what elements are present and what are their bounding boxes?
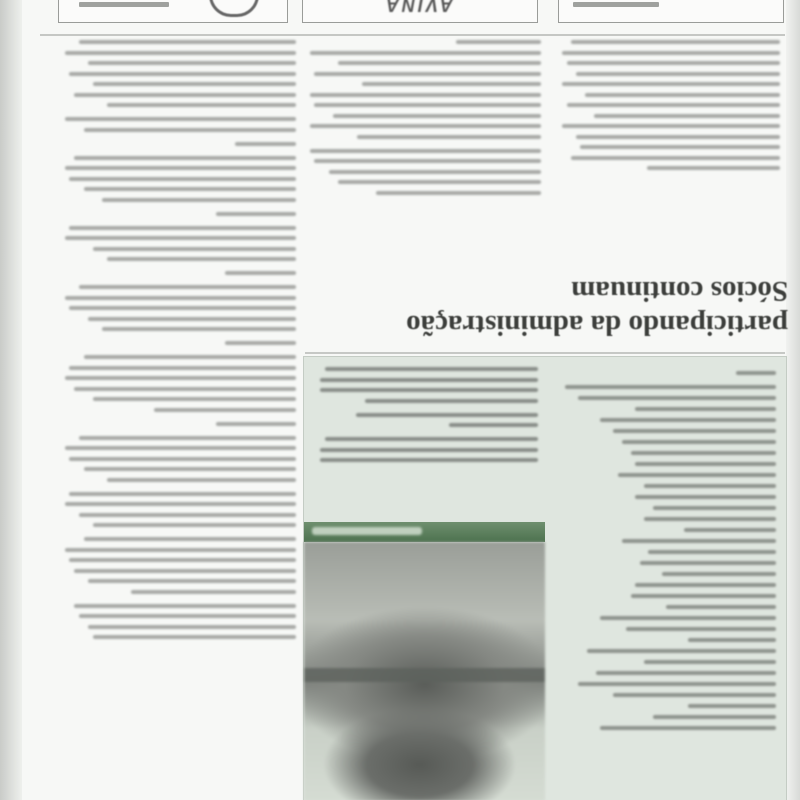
text-line	[688, 638, 776, 642]
text-line	[329, 170, 541, 174]
text-line	[635, 462, 776, 466]
text-line	[356, 413, 538, 417]
text-line	[107, 478, 296, 482]
text-paragraph	[305, 40, 541, 139]
text-line	[320, 388, 538, 392]
text-line	[84, 355, 296, 359]
text-paragraph	[316, 437, 538, 462]
text-line	[65, 296, 296, 300]
feature-sidebar-text	[556, 371, 776, 796]
text-line	[314, 159, 541, 163]
text-line	[88, 579, 296, 583]
text-paragraph	[556, 385, 776, 730]
text-line	[631, 594, 776, 598]
text-paragraph	[60, 355, 296, 412]
text-line	[79, 513, 296, 517]
logo-icon: AVINA	[333, 0, 503, 14]
text-line	[225, 341, 296, 345]
text-paragraph	[60, 436, 296, 482]
text-line	[320, 448, 538, 452]
page-right-edge	[786, 0, 800, 800]
text-line	[653, 506, 776, 510]
text-line	[622, 539, 776, 543]
text-line	[600, 418, 776, 422]
text-line	[65, 166, 296, 170]
text-line	[107, 103, 296, 107]
top-rule	[40, 34, 785, 36]
text-line	[648, 550, 776, 554]
text-line	[376, 191, 541, 195]
body-column-left	[60, 40, 296, 800]
text-line	[69, 177, 296, 181]
text-line	[102, 327, 296, 331]
text-line	[626, 627, 776, 631]
text-line	[666, 605, 776, 609]
text-line	[69, 558, 296, 562]
text-line	[65, 446, 296, 450]
text-line	[88, 317, 296, 321]
text-line	[736, 371, 776, 375]
text-line	[567, 103, 780, 107]
masthead-box-center: AVINA	[302, 0, 538, 23]
text-line	[79, 436, 296, 440]
text-line	[216, 422, 296, 426]
text-paragraph	[60, 156, 296, 202]
text-line	[79, 40, 296, 44]
text-paragraph	[60, 604, 296, 640]
masthead-box-left	[58, 0, 288, 23]
text-line	[653, 715, 776, 719]
text-line	[449, 423, 538, 427]
headline-rule	[305, 352, 785, 354]
text-line	[635, 495, 776, 499]
text-line	[310, 149, 541, 153]
text-line	[333, 114, 541, 118]
text-paragraph	[316, 413, 538, 428]
text-paragraph	[60, 212, 296, 216]
text-line	[310, 51, 541, 55]
text-paragraph	[60, 117, 296, 132]
text-line	[84, 467, 296, 471]
text-line	[69, 226, 296, 230]
text-line	[93, 82, 296, 86]
body-column-right	[558, 40, 780, 270]
text-line	[314, 103, 541, 107]
text-line	[662, 572, 776, 576]
text-line	[644, 660, 776, 664]
text-line	[84, 128, 296, 132]
text-line	[644, 517, 776, 521]
body-column-middle	[305, 40, 541, 270]
text-line	[310, 124, 541, 128]
text-line	[69, 72, 296, 76]
text-paragraph	[60, 142, 296, 146]
text-paragraph	[60, 285, 296, 331]
text-line	[622, 440, 776, 444]
text-line	[562, 51, 780, 55]
text-line	[74, 604, 296, 608]
text-line	[69, 306, 296, 310]
photo-dark-band	[304, 668, 545, 682]
text-line	[154, 408, 296, 412]
text-line	[65, 548, 296, 552]
text-line	[69, 492, 296, 496]
text-line	[74, 569, 296, 573]
text-line	[578, 682, 776, 686]
text-line	[613, 693, 776, 697]
text-paragraph	[60, 537, 296, 594]
text-line	[225, 271, 296, 275]
text-paragraph	[316, 367, 538, 403]
text-line	[93, 397, 296, 401]
headline-line-2: participando da administração	[318, 308, 788, 342]
text-line	[65, 376, 296, 380]
text-line	[456, 40, 541, 44]
text-line	[640, 561, 776, 565]
text-line	[585, 93, 780, 97]
text-line	[596, 671, 776, 675]
text-line	[631, 451, 776, 455]
text-line	[216, 212, 296, 216]
text-line	[107, 257, 296, 261]
text-line	[600, 616, 776, 620]
text-line	[618, 473, 776, 477]
feature-box	[303, 356, 787, 800]
text-line	[84, 187, 296, 191]
text-line	[365, 399, 538, 403]
text-line	[88, 625, 296, 629]
text-line	[571, 156, 780, 160]
text-line	[74, 93, 296, 97]
text-line	[314, 72, 541, 76]
feature-photo	[304, 542, 545, 800]
text-line	[74, 156, 296, 160]
text-line	[567, 61, 780, 65]
text-line	[65, 51, 296, 55]
text-line	[93, 635, 296, 639]
text-paragraph	[60, 40, 296, 107]
text-line	[635, 407, 776, 411]
text-line	[320, 458, 538, 462]
emblem-icon	[209, 0, 259, 17]
article-headline: participando da administração Sócios con…	[318, 268, 788, 342]
text-paragraph	[556, 371, 776, 375]
text-paragraph	[305, 149, 541, 195]
text-line	[578, 396, 776, 400]
text-line	[613, 429, 776, 433]
text-line	[594, 114, 780, 118]
text-line	[562, 82, 780, 86]
feature-band-label	[312, 527, 422, 535]
text-paragraph	[60, 271, 296, 275]
text-paragraph	[60, 422, 296, 426]
text-line	[684, 528, 776, 532]
text-line	[235, 142, 296, 146]
text-line	[688, 704, 776, 708]
text-line	[644, 484, 776, 488]
text-line	[635, 583, 776, 587]
text-line	[84, 537, 296, 541]
text-paragraph	[60, 226, 296, 262]
text-line	[102, 198, 296, 202]
text-line	[69, 457, 296, 461]
text-line	[357, 135, 541, 139]
text-line	[79, 285, 296, 289]
text-line	[647, 166, 780, 170]
text-paragraph	[60, 341, 296, 345]
masthead-box-right	[558, 0, 784, 23]
masthead-text-line	[79, 2, 169, 7]
text-line	[565, 385, 776, 389]
text-line	[65, 117, 296, 121]
text-line	[320, 378, 538, 382]
text-line	[88, 61, 296, 65]
text-line	[580, 145, 780, 149]
text-line	[65, 502, 296, 506]
masthead-strip: AVINA	[0, 0, 800, 30]
text-line	[131, 590, 296, 594]
page-binding-gutter	[0, 0, 22, 800]
text-line	[576, 72, 780, 76]
feature-band	[304, 522, 545, 542]
text-line	[74, 387, 296, 391]
text-paragraph	[60, 492, 296, 528]
masthead-text-line	[573, 2, 659, 7]
text-line	[325, 367, 538, 371]
text-line	[65, 236, 296, 240]
text-line	[362, 82, 541, 86]
text-line	[338, 180, 541, 184]
text-line	[93, 247, 296, 251]
text-line	[600, 726, 776, 730]
text-line	[576, 135, 780, 139]
text-line	[571, 40, 780, 44]
text-line	[338, 61, 541, 65]
text-line	[93, 523, 296, 527]
headline-line-1: Sócios continuam	[318, 274, 788, 308]
text-line	[69, 366, 296, 370]
text-line	[325, 437, 538, 441]
text-line	[79, 614, 296, 618]
photo-caption	[316, 367, 538, 512]
text-line	[587, 649, 776, 653]
text-line	[562, 124, 780, 128]
text-paragraph	[558, 40, 780, 170]
text-line	[310, 93, 541, 97]
